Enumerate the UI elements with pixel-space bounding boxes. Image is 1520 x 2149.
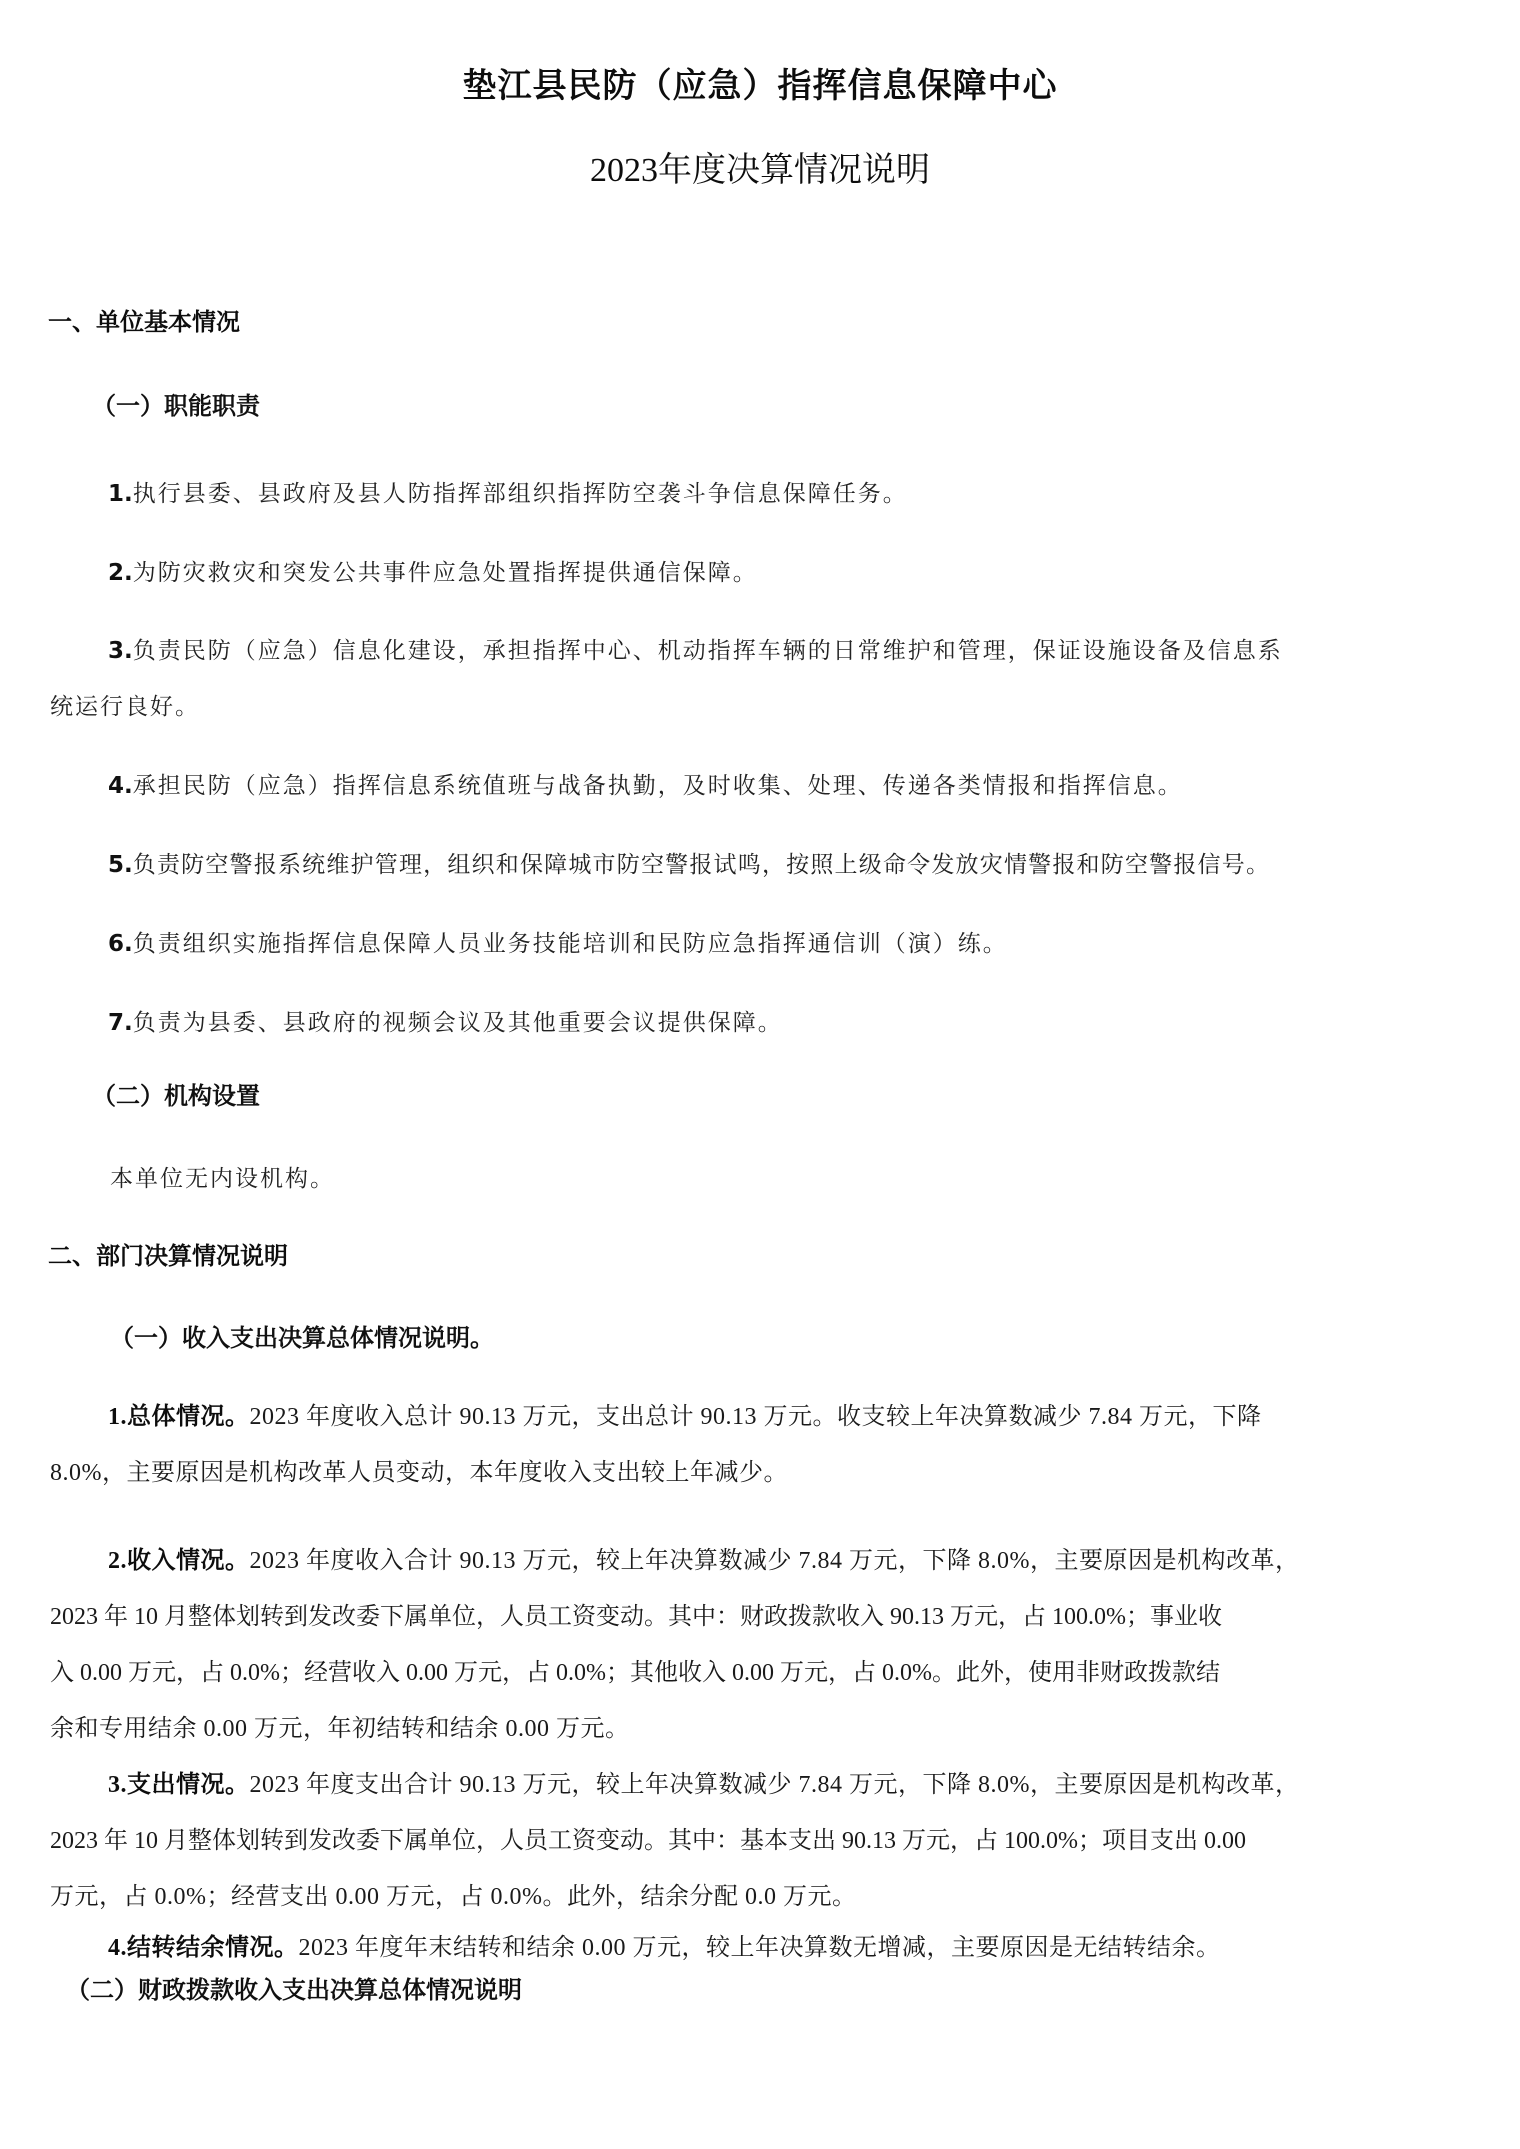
paragraph-expense-line-1: 3.支出情况。2023 年度支出合计 90.13 万元，较上年决算数减少 7.8… [108,1764,1300,1799]
duty-item-4: 4.承担民防（应急）指挥信息系统值班与战备执勤，及时收集、处理、传递各类情报和指… [108,767,1183,800]
item-text: 执行县委、县政府及县人防指挥部组织指挥防空袭斗争信息保障任务。 [133,481,908,507]
document-page: 垫江县民防（应急）指挥信息保障中心 2023年度决算情况说明 一、单位基本情况 … [0,0,1520,2149]
paragraph-overall-line-1: 1.总体情况。2023 年度收入总计 90.13 万元，支出总计 90.13 万… [108,1396,1262,1431]
item-number: 7. [108,1010,133,1036]
duty-item-3: 3.负责民防（应急）信息化建设，承担指挥中心、机动指挥车辆的日常维护和管理，保证… [108,632,1283,665]
paragraph-lead: 4.结转结余情况。 [108,1935,299,1961]
section-heading-basic-info: 一、单位基本情况 [48,302,240,337]
document-title: 垫江县民防（应急）指挥信息保障中心 [0,58,1520,107]
org-structure-text: 本单位无内设机构。 [110,1160,335,1193]
item-number: 3. [108,638,133,664]
section-heading-final-accounts: 二、部门决算情况说明 [48,1236,288,1271]
subsection-heading-duties: （一）职能职责 [92,386,260,421]
paragraph-expense-line-2: 2023 年 10 月整体划转到发改委下属单位，人员工资变动。其中：基本支出 9… [50,1820,1246,1855]
item-text: 负责组织实施指挥信息保障人员业务技能培训和民防应急指挥通信训（演）练。 [133,931,1008,957]
paragraph-text: 2023 年度年末结转和结余 0.00 万元，较上年决算数无增减，主要原因是无结… [299,1935,1221,1961]
paragraph-income-line-2: 2023 年 10 月整体划转到发改委下属单位，人员工资变动。其中：财政拨款收入… [50,1596,1222,1631]
subsection-heading-fiscal-appropriation-overview: （二）财政拨款收入支出决算总体情况说明 [66,1970,522,2005]
duty-item-6: 6.负责组织实施指挥信息保障人员业务技能培训和民防应急指挥通信训（演）练。 [108,925,1008,958]
item-text: 负责民防（应急）信息化建设，承担指挥中心、机动指挥车辆的日常维护和管理，保证设施… [133,638,1283,664]
duty-item-3-continued: 统运行良好。 [50,688,200,721]
item-number: 1. [108,481,133,507]
item-number: 4. [108,773,133,799]
paragraph-income-line-4: 余和专用结余 0.00 万元，年初结转和结余 0.00 万元。 [50,1708,630,1743]
item-text: 负责防空警报系统维护管理，组织和保障城市防空警报试鸣，按照上级命令发放灾情警报和… [133,852,1270,878]
paragraph-text: 2023 年度收入总计 90.13 万元，支出总计 90.13 万元。收支较上年… [250,1404,1262,1430]
item-text: 负责为县委、县政府的视频会议及其他重要会议提供保障。 [133,1010,783,1036]
subsection-heading-income-expense-overview: （一）收入支出决算总体情况说明。 [110,1318,494,1353]
item-text: 承担民防（应急）指挥信息系统值班与战备执勤，及时收集、处理、传递各类情报和指挥信… [133,773,1183,799]
paragraph-income-line-1: 2.收入情况。2023 年度收入合计 90.13 万元，较上年决算数减少 7.8… [108,1540,1300,1575]
item-number: 6. [108,931,133,957]
paragraph-carryover-line-1: 4.结转结余情况。2023 年度年末结转和结余 0.00 万元，较上年决算数无增… [108,1927,1221,1962]
paragraph-lead: 1.总体情况。 [108,1404,250,1430]
paragraph-lead: 3.支出情况。 [108,1772,250,1798]
paragraph-expense-line-3: 万元，占 0.0%；经营支出 0.00 万元，占 0.0%。此外，结余分配 0.… [50,1876,856,1911]
item-text: 为防灾救灾和突发公共事件应急处置指挥提供通信保障。 [133,560,758,586]
paragraph-text: 2023 年度收入合计 90.13 万元，较上年决算数减少 7.84 万元，下降… [250,1548,1300,1574]
paragraph-lead: 2.收入情况。 [108,1548,250,1574]
duty-item-2: 2.为防灾救灾和突发公共事件应急处置指挥提供通信保障。 [108,554,758,587]
duty-item-7: 7.负责为县委、县政府的视频会议及其他重要会议提供保障。 [108,1004,783,1037]
item-number: 2. [108,560,133,586]
duty-item-1: 1.执行县委、县政府及县人防指挥部组织指挥防空袭斗争信息保障任务。 [108,475,908,508]
paragraph-overall-line-2: 8.0%，主要原因是机构改革人员变动，本年度收入支出较上年减少。 [50,1452,788,1487]
document-subtitle: 2023年度决算情况说明 [0,142,1520,191]
paragraph-income-line-3: 入 0.00 万元，占 0.0%；经营收入 0.00 万元，占 0.0%；其他收… [50,1652,1220,1687]
paragraph-text: 2023 年度支出合计 90.13 万元，较上年决算数减少 7.84 万元，下降… [250,1772,1300,1798]
duty-item-5: 5.负责防空警报系统维护管理，组织和保障城市防空警报试鸣，按照上级命令发放灾情警… [108,846,1270,879]
item-number: 5. [108,852,133,878]
subsection-heading-org-structure: （二）机构设置 [92,1076,260,1111]
